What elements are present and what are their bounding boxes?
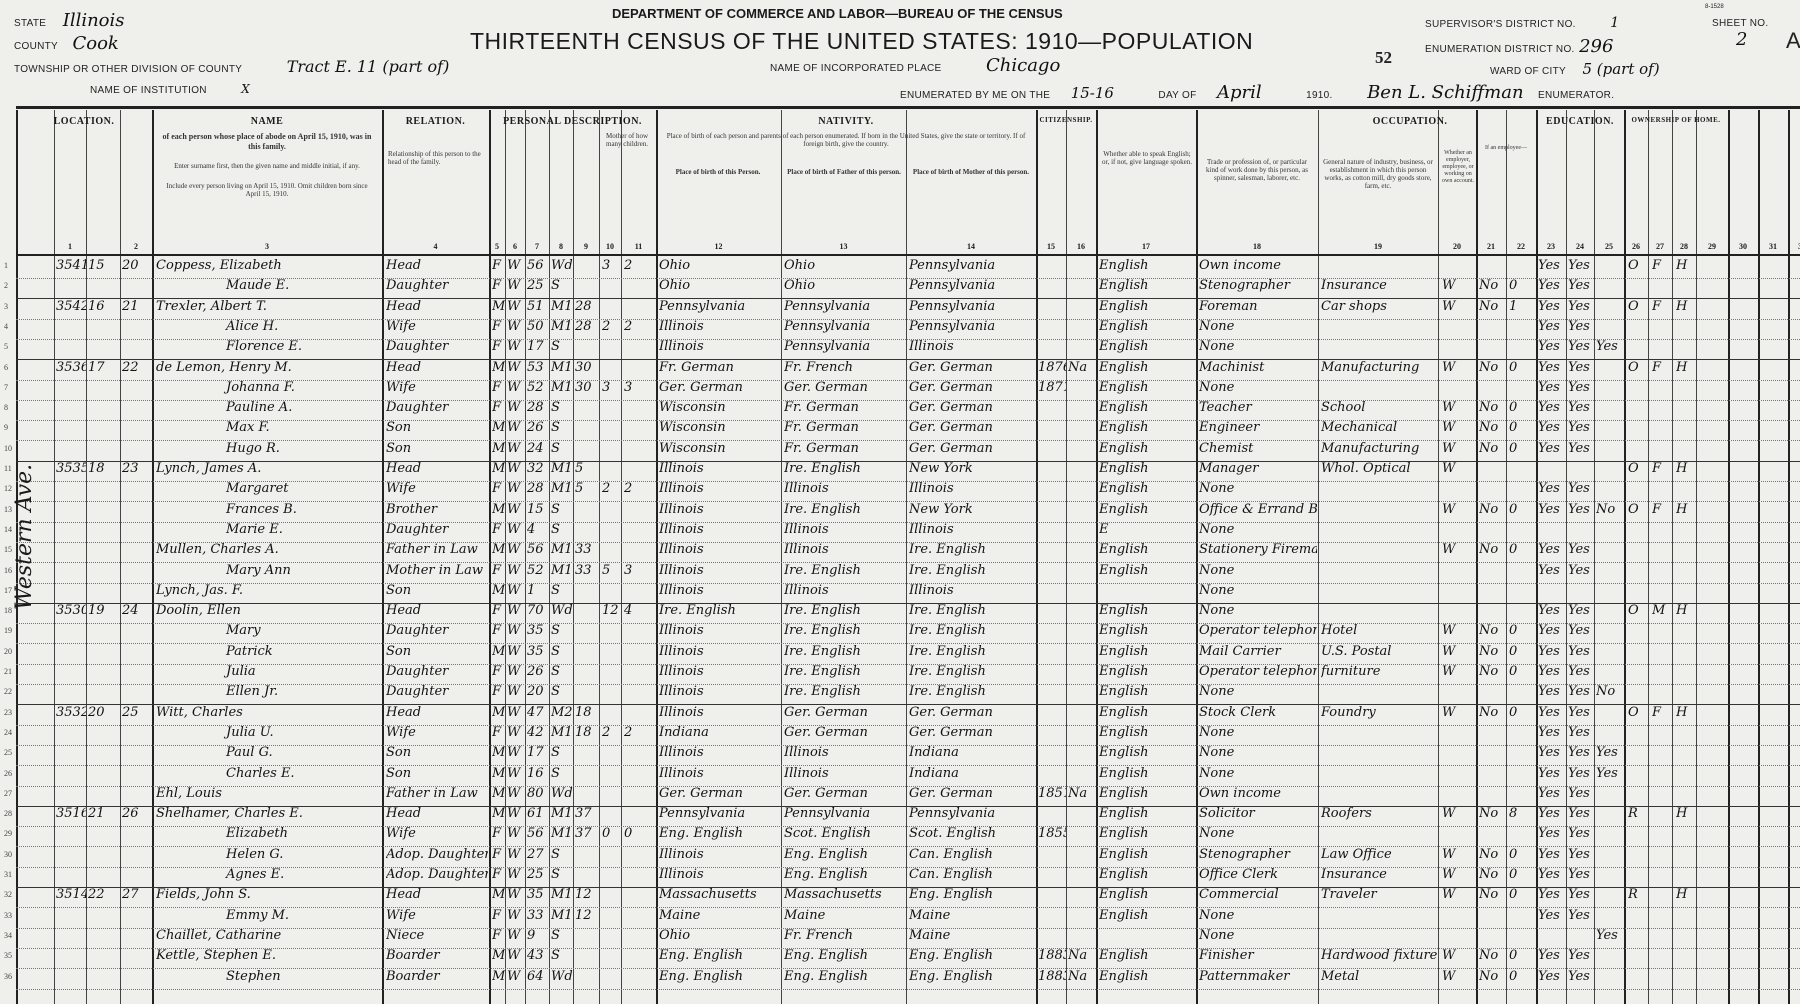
cell-age: 28 [527,400,549,415]
cell-fam: 21 [122,299,150,314]
table-row: 4Alice H.WifeFW50M12822IllinoisPennsylva… [16,318,1800,340]
cell-bp: Illinois [659,766,779,781]
cell-born: 2 [602,481,620,496]
ward-value: 5 (part of) [1582,60,1659,78]
cell-bp: Illinois [659,684,779,699]
cell-free: M [1652,603,1672,618]
cell-bf: Fr. French [784,360,904,375]
cell-bm: Ger. German [909,400,1034,415]
birth-mother-heading: Place of birth of Mother of this person. [909,168,1033,176]
cell-farm: H [1676,705,1696,720]
cell-lang: English [1099,319,1195,334]
cell-read: Yes [1538,887,1566,902]
cell-emp: W [1442,360,1474,375]
cell-ms: M1 [551,806,573,821]
cell-wks: 0 [1509,948,1535,963]
line-number: 33 [4,911,12,920]
name-description: of each person whose place of abode on A… [162,132,372,152]
cell-fam: 23 [122,461,150,476]
cell-write: Yes [1568,806,1594,821]
cell-race: W [507,441,525,456]
cell-bm: Ire. English [909,623,1034,638]
cell-sex: F [492,928,506,943]
cell-rel: Daughter [386,339,488,354]
cell-rel: Father in Law [386,542,488,557]
cell-write: Yes [1568,644,1594,659]
table-row: 9Max F.SonMW26SWisconsinFr. GermanGer. G… [16,419,1800,441]
cell-house: 3542 [56,299,86,314]
cell-ind: Metal [1321,969,1437,984]
cell-ind: Roofers [1321,806,1437,821]
state-field: STATE Illinois [14,10,125,31]
cell-out: No [1479,278,1505,293]
cell-lang: English [1099,664,1195,679]
cell-ms: S [551,583,573,598]
line-number: 7 [4,383,8,392]
cell-read: Yes [1538,786,1566,801]
table-row: 34Chaillet, CatharineNieceFW9SOhioFr. Fr… [16,927,1800,949]
cell-write: Yes [1568,745,1594,760]
cell-bf: Ire. English [784,644,904,659]
cell-wks: 8 [1509,806,1535,821]
education-heading: EDUCATION. [1536,116,1624,127]
cell-ms: S [551,766,573,781]
cell-race: W [507,360,525,375]
cell-ms: M1 [551,725,573,740]
col-num: 14 [906,242,1036,251]
cell-write: Yes [1568,908,1594,923]
cell-bm: Maine [909,928,1034,943]
cell-write: Yes [1568,887,1594,902]
cell-bm: Ire. English [909,542,1034,557]
cell-bp: Illinois [659,644,779,659]
cell-lang: English [1099,563,1195,578]
cell-bf: Eng. English [784,969,904,984]
cell-race: W [507,867,525,882]
ward-field: WARD OF CITY 5 (part of) [1490,60,1660,79]
cell-write: Yes [1568,563,1594,578]
cell-bm: Ger. German [909,441,1034,456]
cell-bp: Illinois [659,522,779,537]
cell-race: W [507,705,525,720]
cell-bp: Eng. English [659,826,779,841]
ownership-heading: OWNERSHIP OF HOME. [1624,116,1728,124]
cell-sex: M [492,441,506,456]
cell-race: W [507,502,525,517]
cell-emp: W [1442,420,1474,435]
cell-read: Yes [1538,847,1566,862]
cell-rel: Head [386,360,488,375]
cell-emp: W [1442,644,1474,659]
cell-born: 2 [602,725,620,740]
cell-bf: Illinois [784,766,904,781]
cell-bm: Pennsylvania [909,299,1034,314]
col-num: 15 [1036,242,1066,251]
county-label: COUNTY [14,41,58,52]
cell-bp: Ohio [659,258,779,273]
incorporated-label: NAME OF INCORPORATED PLACE [770,63,942,74]
cell-wks: 0 [1509,400,1535,415]
cell-farm: H [1676,887,1696,902]
cell-race: W [507,969,525,984]
cell-ms: S [551,847,573,862]
table-row: 21JuliaDaughterFW26SIllinoisIre. English… [16,663,1800,685]
cell-wks: 0 [1509,969,1535,984]
cell-sex: M [492,299,506,314]
col-num: 24 [1566,242,1594,251]
cell-sex: F [492,258,506,273]
cell-rel: Head [386,258,488,273]
trade-heading: Trade or profession of, or particular ki… [1200,158,1314,182]
cell-bm: Pennsylvania [909,806,1034,821]
cell-race: W [507,278,525,293]
cell-lang: English [1099,786,1195,801]
cell-bm: Can. English [909,867,1034,882]
cell-out: No [1479,542,1505,557]
col-num: 23 [1536,242,1566,251]
cell-occ: Office Clerk [1199,867,1317,882]
sheet-value: 2 [1736,29,1768,50]
col-num: 8 [549,242,573,251]
cell-read: Yes [1538,299,1566,314]
line-number: 24 [4,728,12,737]
cell-bp: Ohio [659,278,779,293]
cell-imm: 1851 [1038,786,1066,801]
cell-age: 35 [527,887,549,902]
table-row: 36StephenBoarderMW64WdEng. EnglishEng. E… [16,968,1800,990]
cell-ms: S [551,441,573,456]
cell-age: 35 [527,623,549,638]
cell-nat: Na [1068,969,1094,984]
cell-bf: Illinois [784,481,904,496]
cell-age: 25 [527,278,549,293]
cell-ms: M1 [551,299,573,314]
cell-bf: Ire. English [784,664,904,679]
cell-dw: 19 [88,603,118,618]
col-num: 21 [1476,242,1506,251]
cell-bm: New York [909,502,1034,517]
cell-bp: Eng. English [659,969,779,984]
supervisor-field: SUPERVISOR'S DISTRICT NO. 1 [1425,14,1619,32]
cell-sch: No [1596,502,1624,517]
cell-name: de Lemon, Henry M. [156,360,380,375]
cell-age: 61 [527,806,549,821]
cell-ind: Manufacturing [1321,441,1437,456]
cell-emp: W [1442,969,1474,984]
col-num: 29 [1696,242,1728,251]
cell-rel: Head [386,603,488,618]
cell-read: Yes [1538,664,1566,679]
cell-name: Kettle, Stephen E. [156,948,380,963]
table-row: 335421621Trexler, Albert T.HeadMW51M128P… [16,298,1800,320]
cell-bm: Illinois [909,522,1034,537]
cell-occ: None [1199,319,1317,334]
cell-wks: 0 [1509,278,1535,293]
supervisor-label: SUPERVISOR'S DISTRICT NO. [1425,19,1576,30]
cell-age: 56 [527,542,549,557]
col-num: 31 [1758,242,1788,251]
line-number: 6 [4,363,8,372]
cell-age: 25 [527,867,549,882]
cell-race: W [507,948,525,963]
cell-own: R [1628,806,1648,821]
cell-name: Shelhamer, Charles E. [156,806,380,821]
cell-out: No [1479,948,1505,963]
cell-sex: F [492,623,506,638]
line-number: 21 [4,667,12,676]
cell-occ: Foreman [1199,299,1317,314]
cell-emp: W [1442,806,1474,821]
cell-out: No [1479,969,1505,984]
line-number: 14 [4,525,12,534]
cell-imm: 1883 [1038,948,1066,963]
cell-rel: Son [386,745,488,760]
line-number: 3 [4,302,8,311]
cell-lang: English [1099,806,1195,821]
cell-out: No [1479,705,1505,720]
cell-bf: Illinois [784,583,904,598]
cell-born: 2 [602,319,620,334]
cell-occ: Solicitor [1199,806,1317,821]
cell-wks: 0 [1509,623,1535,638]
cell-sex: F [492,380,506,395]
cell-bf: Pennsylvania [784,806,904,821]
cell-ms: S [551,928,573,943]
cell-farm: H [1676,603,1696,618]
ward-label: WARD OF CITY [1490,66,1566,77]
cell-bp: Maine [659,908,779,923]
cell-out: No [1479,664,1505,679]
cell-age: 43 [527,948,549,963]
employer-heading: Whether an employer, employee, or workin… [1440,150,1476,185]
cell-house: 3536 [56,360,86,375]
cell-sex: F [492,481,506,496]
cell-read: Yes [1538,867,1566,882]
state-value: Illinois [63,10,125,31]
incorporated-value: Chicago [986,55,1060,76]
cell-free: F [1652,502,1672,517]
cell-lang: English [1099,502,1195,517]
cell-occ: Commercial [1199,887,1317,902]
line-number: 36 [4,972,12,981]
cell-dw: 17 [88,360,118,375]
table-row: 5Florence E.DaughterFW17SIllinoisPennsyl… [16,338,1800,360]
cell-lang: English [1099,623,1195,638]
cell-lang: English [1099,766,1195,781]
cell-sex: F [492,725,506,740]
table-row: 14Marie E.DaughterFW4SIllinoisIllinoisIl… [16,521,1800,543]
cell-ms: S [551,502,573,517]
cell-wks: 0 [1509,705,1535,720]
township-value: Tract E. 11 (part of) [287,57,450,76]
cell-sex: F [492,826,506,841]
cell-sex: M [492,806,506,821]
cell-sex: M [492,502,506,517]
cell-living: 0 [624,826,654,841]
cell-out: No [1479,623,1505,638]
cell-ms: S [551,664,573,679]
form-number: 8-1528 [1705,4,1724,10]
cell-rel: Adop. Daughter [386,867,488,882]
cell-rel: Boarder [386,948,488,963]
header-row-divider [16,254,1800,256]
line-number: 13 [4,505,12,514]
cell-house: 3541 [56,258,86,273]
cell-age: 56 [527,826,549,841]
cell-free: F [1652,258,1672,273]
cell-name: Witt, Charles [156,705,380,720]
street-name: Western Ave. [12,464,37,610]
cell-ms: S [551,867,573,882]
header-divider [16,106,1800,109]
cell-age: 52 [527,380,549,395]
cell-living: 3 [624,563,654,578]
cell-bm: Indiana [909,745,1034,760]
cell-occ: None [1199,339,1317,354]
cell-bf: Maine [784,908,904,923]
cell-bm: Scot. English [909,826,1034,841]
col-num: 28 [1672,242,1696,251]
cell-emp: W [1442,847,1474,862]
cell-bp: Indiana [659,725,779,740]
cell-living: 2 [624,481,654,496]
name-heading: NAME [152,116,382,127]
cell-lang: English [1099,542,1195,557]
cell-bm: Ger. German [909,420,1034,435]
table-row: 20PatrickSonMW35SIllinoisIre. EnglishIre… [16,643,1800,665]
cell-emp: W [1442,664,1474,679]
cell-sex: F [492,684,506,699]
cell-rel: Wife [386,319,488,334]
cell-bm: Ire. English [909,563,1034,578]
cell-out: No [1479,420,1505,435]
cell-read: Yes [1538,502,1566,517]
cell-bf: Ger. German [784,380,904,395]
cell-occ: Own income [1199,258,1317,273]
cell-ms: M1 [551,380,573,395]
cell-born: 5 [602,563,620,578]
cell-farm: H [1676,258,1696,273]
cell-ind: Foundry [1321,705,1437,720]
cell-bf: Pennsylvania [784,339,904,354]
cell-emp: W [1442,542,1474,557]
cell-occ: None [1199,745,1317,760]
cell-fam: 27 [122,887,150,902]
cell-bf: Eng. English [784,847,904,862]
col-num: 25 [1594,242,1624,251]
cell-dw: 20 [88,705,118,720]
cell-imm: 1883 [1038,969,1066,984]
table-row: 13Frances B.BrotherMW15SIllinoisIre. Eng… [16,501,1800,523]
cell-bm: Ger. German [909,360,1034,375]
birth-person-heading: Place of birth of this Person. [658,168,778,176]
cell-out: No [1479,441,1505,456]
cell-wks: 0 [1509,420,1535,435]
cell-read: Yes [1538,420,1566,435]
line-number: 9 [4,423,8,432]
cell-race: W [507,603,525,618]
cell-out: No [1479,502,1505,517]
col-num: 30 [1728,242,1758,251]
institution-label: NAME OF INSTITUTION [90,85,207,96]
cell-race: W [507,644,525,659]
cell-bm: Ire. English [909,664,1034,679]
cell-lang: English [1099,603,1195,618]
cell-lang: English [1099,380,1195,395]
cell-wks: 1 [1509,299,1535,314]
enumerated-day: 15-16 [1071,84,1114,102]
cell-occ: None [1199,908,1317,923]
cell-race: W [507,908,525,923]
cell-sex: M [492,786,506,801]
cell-bp: Pennsylvania [659,806,779,821]
relation-heading: RELATION. [382,116,489,127]
cell-age: 27 [527,847,549,862]
cell-ind: Insurance [1321,867,1437,882]
table-row: 10Hugo R.SonMW24SWisconsinFr. GermanGer.… [16,440,1800,462]
cell-age: 28 [527,481,549,496]
cell-write: Yes [1568,623,1594,638]
cell-bf: Ohio [784,258,904,273]
cell-rel: Daughter [386,623,488,638]
cell-bp: Illinois [659,583,779,598]
cell-race: W [507,420,525,435]
line-number: 2 [4,281,8,290]
line-number: 15 [4,545,12,554]
cell-lang: English [1099,948,1195,963]
cell-sch: Yes [1596,745,1624,760]
cell-read: Yes [1538,623,1566,638]
institution-field: NAME OF INSTITUTION X [90,80,250,98]
cell-write: Yes [1568,542,1594,557]
cell-bf: Ire. English [784,684,904,699]
cell-nat: Na [1068,360,1094,375]
cell-yrs: 37 [575,806,597,821]
cell-rel: Son [386,766,488,781]
cell-age: 35 [527,644,549,659]
cell-read: Yes [1538,278,1566,293]
table-row: 1835301924Doolin, EllenHeadFW70Wd124Ire.… [16,602,1800,624]
cell-race: W [507,400,525,415]
cell-nat: Na [1068,948,1094,963]
cell-read: Yes [1538,725,1566,740]
cell-age: 20 [527,684,549,699]
cell-bm: Ger. German [909,786,1034,801]
cell-born: 0 [602,826,620,841]
line-number: 35 [4,951,12,960]
cell-sex: F [492,603,506,618]
cell-write: Yes [1568,705,1594,720]
cell-wks: 0 [1509,441,1535,456]
cell-race: W [507,623,525,638]
cell-write: Yes [1568,684,1594,699]
cell-house: 3535 [56,461,86,476]
cell-bf: Ire. English [784,502,904,517]
cell-bm: Illinois [909,481,1034,496]
cell-ms: Wd [551,786,573,801]
table-row: 17Lynch, Jas. F.SonMW1SIllinoisIllinoisI… [16,582,1800,604]
cell-age: 56 [527,258,549,273]
cell-sch: Yes [1596,339,1624,354]
cell-ind: Hardwood fixtures [1321,948,1437,963]
cell-out: No [1479,887,1505,902]
cell-occ: None [1199,563,1317,578]
cell-ms: Wd [551,603,573,618]
cell-bp: Massachusetts [659,887,779,902]
cell-race: W [507,319,525,334]
township-field: TOWNSHIP OR OTHER DIVISION OF COUNTY Tra… [14,57,449,77]
cell-house: 3532 [56,705,86,720]
